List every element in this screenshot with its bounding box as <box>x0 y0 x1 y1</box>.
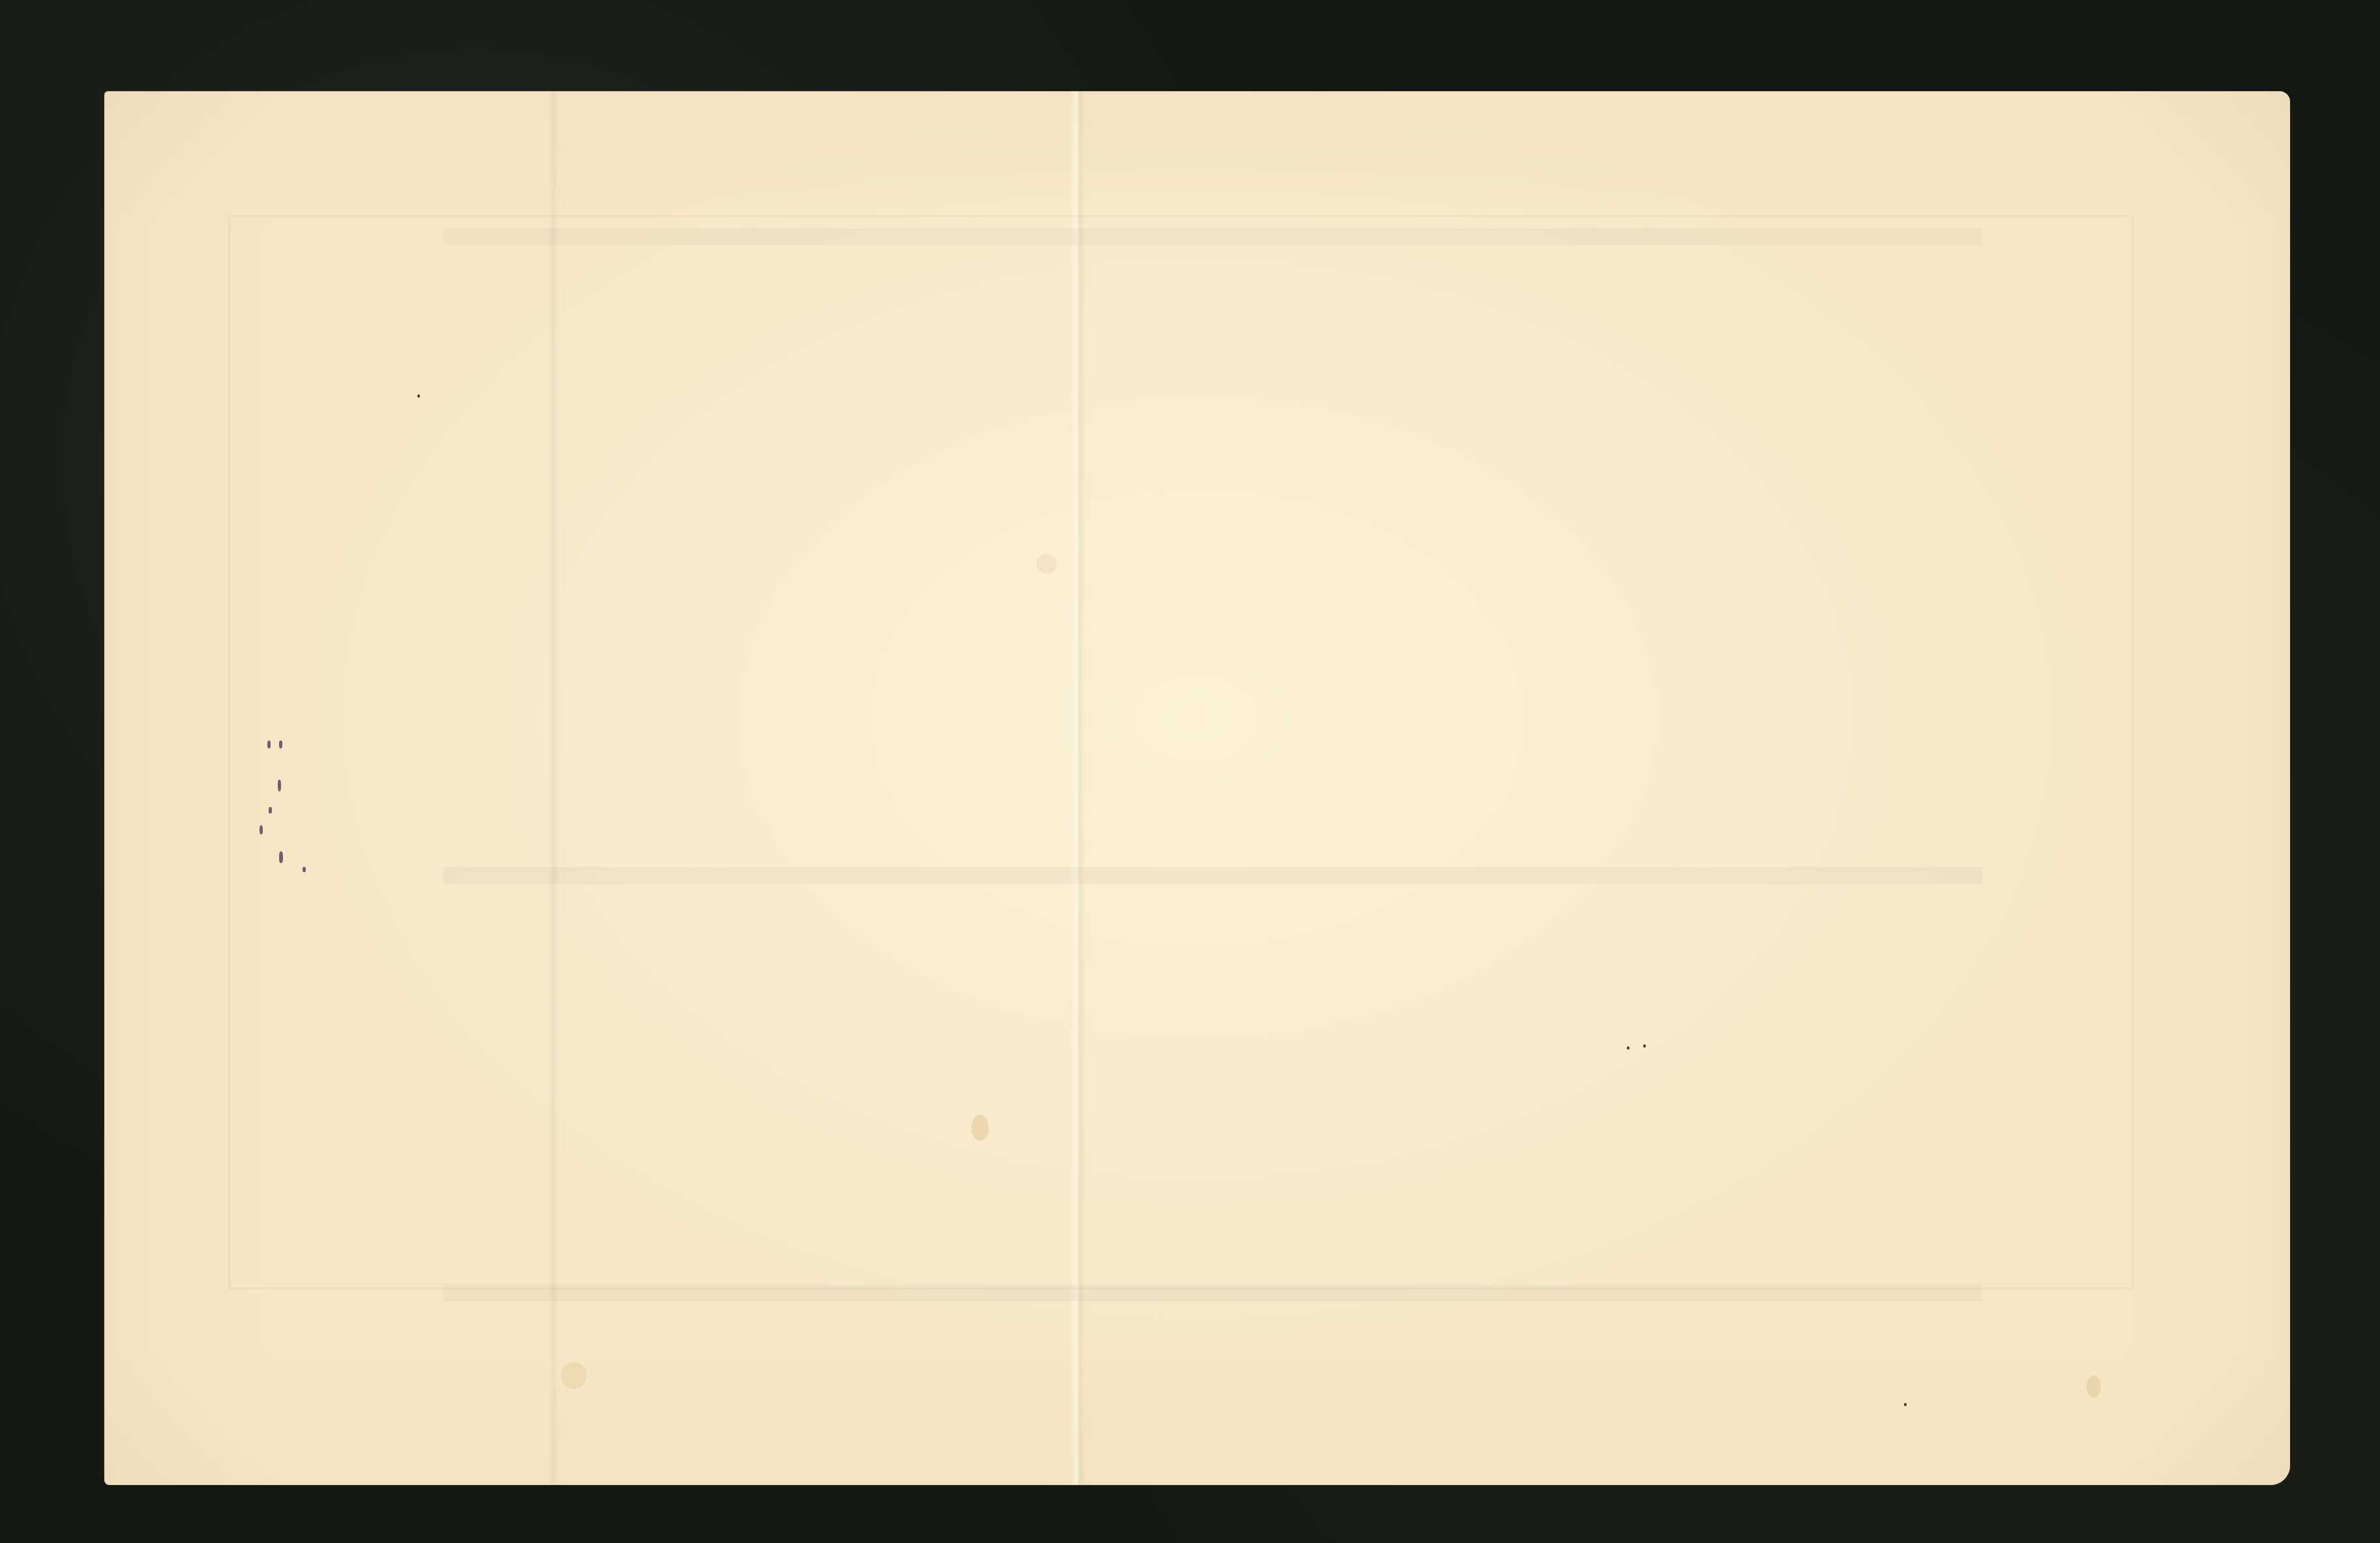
ink-speck <box>279 851 283 863</box>
ink-speck <box>260 825 263 834</box>
paper-dot <box>417 394 420 398</box>
paper-dot <box>1643 1044 1646 1048</box>
ink-speck <box>303 867 306 872</box>
paper-card <box>104 91 2290 1485</box>
stain <box>2087 1375 2101 1398</box>
ink-speck <box>278 780 281 791</box>
stain <box>561 1362 587 1389</box>
ink-speck <box>269 807 272 814</box>
print-showthrough-frame <box>228 215 2134 1289</box>
ink-speck <box>279 741 282 748</box>
print-showthrough-band <box>443 228 1982 245</box>
print-showthrough-band <box>443 1284 1982 1301</box>
paper-dot <box>1904 1403 1907 1406</box>
print-showthrough-band <box>443 867 1982 884</box>
stain <box>972 1115 989 1141</box>
stain <box>1037 554 1056 574</box>
paper-dot <box>1627 1046 1629 1050</box>
ink-speck <box>267 741 271 748</box>
